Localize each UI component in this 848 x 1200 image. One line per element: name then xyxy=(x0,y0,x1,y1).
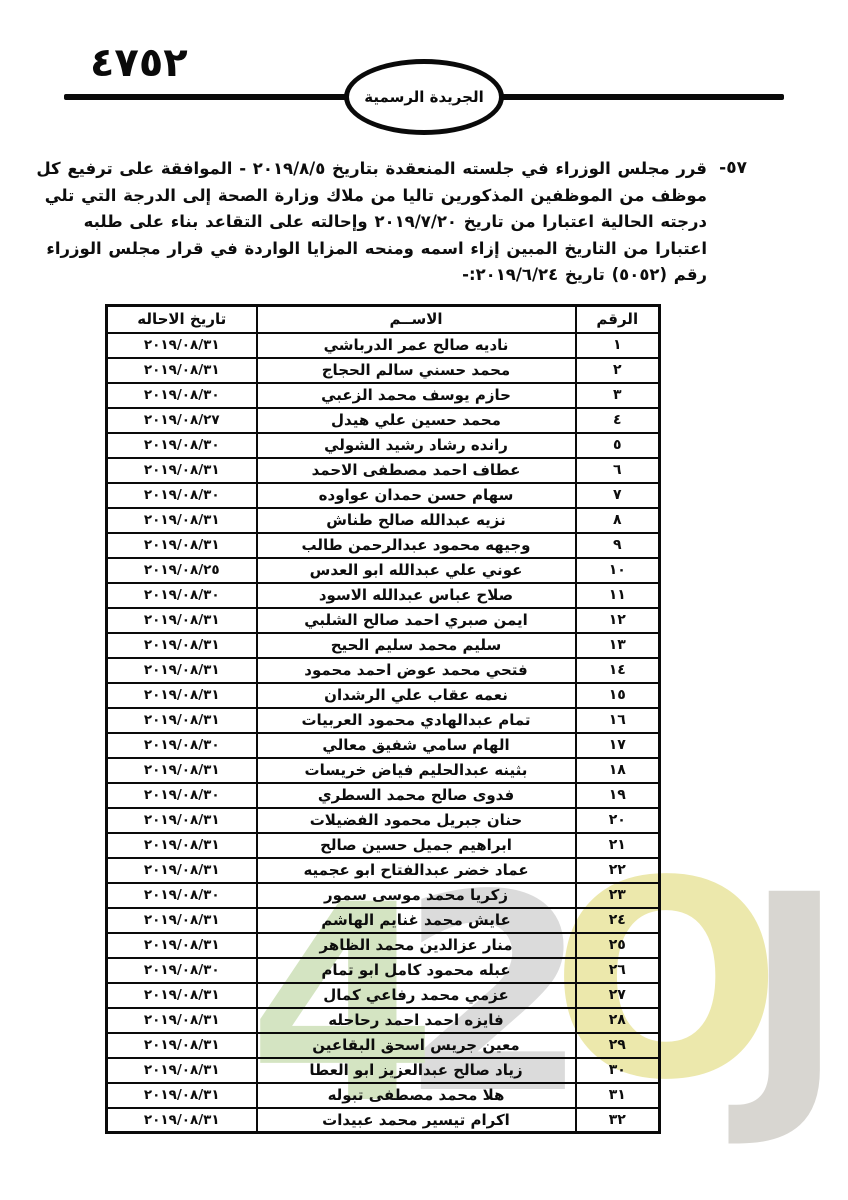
table-row: ١٣سليم محمد سليم الحيح٢٠١٩/٠٨/٣١ xyxy=(107,633,660,658)
cell-number: ٣٠ xyxy=(576,1058,660,1083)
cell-number: ٢٠ xyxy=(576,808,660,833)
header-cell-name: الاســم xyxy=(257,306,576,333)
table-row: ٢٣زكريا محمد موسى سمور٢٠١٩/٠٨/٣٠ xyxy=(107,883,660,908)
table-row: ٣٢اكرام تيسير محمد عبيدات٢٠١٩/٠٨/٣١ xyxy=(107,1108,660,1133)
cell-name: محمد حسني سالم الحجاج xyxy=(257,358,576,383)
table-row: ٦عطاف احمد مصطفى الاحمد٢٠١٩/٠٨/٣١ xyxy=(107,458,660,483)
cell-name: هلا محمد مصطفى تبوله xyxy=(257,1083,576,1108)
table-body: ١ناديه صالح عمر الدرباشي٢٠١٩/٠٨/٣١٢محمد … xyxy=(107,333,660,1133)
table-row: ١٠عوني علي عبدالله ابو العدس٢٠١٩/٠٨/٢٥ xyxy=(107,558,660,583)
cell-date: ٢٠١٩/٠٨/٣١ xyxy=(107,683,257,708)
cell-date: ٢٠١٩/٠٨/٣٠ xyxy=(107,483,257,508)
cell-name: سليم محمد سليم الحيح xyxy=(257,633,576,658)
cell-name: رانده رشاد رشيد الشولي xyxy=(257,433,576,458)
cell-date: ٢٠١٩/٠٨/٣١ xyxy=(107,1033,257,1058)
table-row: ٩وجيهه محمود عبدالرحمن طالب٢٠١٩/٠٨/٣١ xyxy=(107,533,660,558)
cell-date: ٢٠١٩/٠٨/٣١ xyxy=(107,1058,257,1083)
cell-number: ١٩ xyxy=(576,783,660,808)
table-row: ١٨بثينه عبدالحليم فياض خريسات٢٠١٩/٠٨/٣١ xyxy=(107,758,660,783)
cell-number: ١٨ xyxy=(576,758,660,783)
cell-number: ٣١ xyxy=(576,1083,660,1108)
cell-number: ١١ xyxy=(576,583,660,608)
cell-number: ٢٣ xyxy=(576,883,660,908)
table-row: ٨نزيه عبدالله صالح طناش٢٠١٩/٠٨/٣١ xyxy=(107,508,660,533)
cell-name: نعمه عقاب علي الرشدان xyxy=(257,683,576,708)
cell-date: ٢٠١٩/٠٨/٣٠ xyxy=(107,583,257,608)
table-row: ١ناديه صالح عمر الدرباشي٢٠١٩/٠٨/٣١ xyxy=(107,333,660,358)
table-row: ٢٩معين جريس اسحق البقاعين٢٠١٩/٠٨/٣١ xyxy=(107,1033,660,1058)
cell-name: حنان جبريل محمود الفضيلات xyxy=(257,808,576,833)
cell-name: عبله محمود كامل ابو تمام xyxy=(257,958,576,983)
cell-date: ٢٠١٩/٠٨/٢٧ xyxy=(107,408,257,433)
table-row: ٣٠زياد صالح عبدالعزيز ابو العطا٢٠١٩/٠٨/٣… xyxy=(107,1058,660,1083)
gazette-title: الجريدة الرسمية xyxy=(364,88,483,106)
cell-name: اكرام تيسير محمد عبيدات xyxy=(257,1108,576,1133)
cell-number: ١٥ xyxy=(576,683,660,708)
cell-name: محمد حسين علي هيدل xyxy=(257,408,576,433)
cell-name: سهام حسن حمدان عواوده xyxy=(257,483,576,508)
cell-name: زياد صالح عبدالعزيز ابو العطا xyxy=(257,1058,576,1083)
cell-number: ٢٤ xyxy=(576,908,660,933)
cell-name: منار عزالدين محمد الظاهر xyxy=(257,933,576,958)
cell-date: ٢٠١٩/٠٨/٣٠ xyxy=(107,883,257,908)
cell-number: ٢ xyxy=(576,358,660,383)
cell-date: ٢٠١٩/٠٨/٣٠ xyxy=(107,783,257,808)
cell-number: ١٧ xyxy=(576,733,660,758)
cell-date: ٢٠١٩/٠٨/٣٠ xyxy=(107,433,257,458)
cell-name: تمام عبدالهادي محمود العربيات xyxy=(257,708,576,733)
table-row: ١٦تمام عبدالهادي محمود العربيات٢٠١٩/٠٨/٣… xyxy=(107,708,660,733)
cell-name: عطاف احمد مصطفى الاحمد xyxy=(257,458,576,483)
cell-name: ايمن صبري احمد صالح الشلبي xyxy=(257,608,576,633)
cell-number: ٦ xyxy=(576,458,660,483)
table-row: ٢٢عماد خضر عبدالفتاح ابو عجميه٢٠١٩/٠٨/٣١ xyxy=(107,858,660,883)
cell-date: ٢٠١٩/٠٨/٣١ xyxy=(107,458,257,483)
table-row: ١٧الهام سامي شفيق معالي٢٠١٩/٠٨/٣٠ xyxy=(107,733,660,758)
cell-date: ٢٠١٩/٠٨/٢٥ xyxy=(107,558,257,583)
cell-date: ٢٠١٩/٠٨/٣١ xyxy=(107,608,257,633)
cell-number: ٣ xyxy=(576,383,660,408)
cell-date: ٢٠١٩/٠٨/٣١ xyxy=(107,908,257,933)
cell-name: فدوى صالح محمد السطري xyxy=(257,783,576,808)
decree-line: درجته الحالية اعتبارا من تاريخ ٢٠١٩/٧/٢٠… xyxy=(103,208,707,235)
cell-date: ٢٠١٩/٠٨/٣١ xyxy=(107,983,257,1008)
cell-number: ٨ xyxy=(576,508,660,533)
decree-line: رقم (٥٠٥٢) تاريخ ٢٠١٩/٦/٢٤:- xyxy=(103,261,707,288)
cell-number: ٤ xyxy=(576,408,660,433)
cell-number: ٢٢ xyxy=(576,858,660,883)
cell-date: ٢٠١٩/٠٨/٣٠ xyxy=(107,958,257,983)
cell-number: ٢٧ xyxy=(576,983,660,1008)
header-cell-number: الرقم xyxy=(576,306,660,333)
cell-date: ٢٠١٩/٠٨/٣١ xyxy=(107,1083,257,1108)
cell-date: ٢٠١٩/٠٨/٣١ xyxy=(107,633,257,658)
retirement-roster-table: الرقم الاســم تاريخ الاحاله ١ناديه صالح … xyxy=(105,304,661,1134)
decree-line: اعتبارا من التاريخ المبين إزاء اسمه ومنح… xyxy=(103,235,707,262)
cell-name: فايزه احمد احمد رحاحله xyxy=(257,1008,576,1033)
cell-number: ٩ xyxy=(576,533,660,558)
table-row: ١٥نعمه عقاب علي الرشدان٢٠١٩/٠٨/٣١ xyxy=(107,683,660,708)
cell-date: ٢٠١٩/٠٨/٣١ xyxy=(107,833,257,858)
table-row: ٢٤عايش محمد غنايم الهاشم٢٠١٩/٠٨/٣١ xyxy=(107,908,660,933)
cell-number: ٢١ xyxy=(576,833,660,858)
cell-number: ١٢ xyxy=(576,608,660,633)
cell-name: حازم يوسف محمد الزعبي xyxy=(257,383,576,408)
gazette-title-badge: الجريدة الرسمية xyxy=(344,59,504,135)
table-row: ٢١ابراهيم جميل حسين صالح٢٠١٩/٠٨/٣١ xyxy=(107,833,660,858)
cell-name: صلاح عباس عبدالله الاسود xyxy=(257,583,576,608)
table-row: ٤محمد حسين علي هيدل٢٠١٩/٠٨/٢٧ xyxy=(107,408,660,433)
table-row: ٢٧عزمي محمد رفاعي كمال٢٠١٩/٠٨/٣١ xyxy=(107,983,660,1008)
cell-date: ٢٠١٩/٠٨/٣١ xyxy=(107,708,257,733)
table-row: ١٩فدوى صالح محمد السطري٢٠١٩/٠٨/٣٠ xyxy=(107,783,660,808)
table-row: ٣حازم يوسف محمد الزعبي٢٠١٩/٠٨/٣٠ xyxy=(107,383,660,408)
gazette-page: ٤٧٥٢ الجريدة الرسمية JO24 ٥٧- قرر مجلس ا… xyxy=(0,0,848,1200)
cell-number: ١٠ xyxy=(576,558,660,583)
table-row: ٣١هلا محمد مصطفى تبوله٢٠١٩/٠٨/٣١ xyxy=(107,1083,660,1108)
cell-number: ٥ xyxy=(576,433,660,458)
table-row: ٢٨فايزه احمد احمد رحاحله٢٠١٩/٠٨/٣١ xyxy=(107,1008,660,1033)
table-row: ٢٥منار عزالدين محمد الظاهر٢٠١٩/٠٨/٣١ xyxy=(107,933,660,958)
watermark-letter: J xyxy=(744,860,807,1132)
cell-number: ٢٨ xyxy=(576,1008,660,1033)
cell-date: ٢٠١٩/٠٨/٣١ xyxy=(107,858,257,883)
cell-date: ٢٠١٩/٠٨/٣١ xyxy=(107,1108,257,1133)
page-number: ٤٧٥٢ xyxy=(90,40,188,86)
cell-name: الهام سامي شفيق معالي xyxy=(257,733,576,758)
cell-name: نزيه عبدالله صالح طناش xyxy=(257,508,576,533)
cell-name: عماد خضر عبدالفتاح ابو عجميه xyxy=(257,858,576,883)
cell-name: بثينه عبدالحليم فياض خريسات xyxy=(257,758,576,783)
decree-line: قرر مجلس الوزراء في جلسته المنعقدة بتاري… xyxy=(103,155,707,182)
cell-number: ١٦ xyxy=(576,708,660,733)
cell-name: وجيهه محمود عبدالرحمن طالب xyxy=(257,533,576,558)
cell-number: ٢٩ xyxy=(576,1033,660,1058)
table-row: ١٤فتحي محمد عوض احمد محمود٢٠١٩/٠٨/٣١ xyxy=(107,658,660,683)
cell-date: ٢٠١٩/٠٨/٣١ xyxy=(107,933,257,958)
decree-paragraph: ٥٧- قرر مجلس الوزراء في جلسته المنعقدة ب… xyxy=(103,155,747,288)
cell-name: ناديه صالح عمر الدرباشي xyxy=(257,333,576,358)
decree-item-number: ٥٧- xyxy=(719,155,747,181)
cell-number: ١٣ xyxy=(576,633,660,658)
table-row: ١٢ايمن صبري احمد صالح الشلبي٢٠١٩/٠٨/٣١ xyxy=(107,608,660,633)
cell-date: ٢٠١٩/٠٨/٣٠ xyxy=(107,733,257,758)
table-row: ٢٦عبله محمود كامل ابو تمام٢٠١٩/٠٨/٣٠ xyxy=(107,958,660,983)
cell-date: ٢٠١٩/٠٨/٣١ xyxy=(107,533,257,558)
cell-number: ٣٢ xyxy=(576,1108,660,1133)
cell-name: عايش محمد غنايم الهاشم xyxy=(257,908,576,933)
header-cell-date: تاريخ الاحاله xyxy=(107,306,257,333)
cell-name: معين جريس اسحق البقاعين xyxy=(257,1033,576,1058)
cell-name: عوني علي عبدالله ابو العدس xyxy=(257,558,576,583)
cell-date: ٢٠١٩/٠٨/٣٠ xyxy=(107,383,257,408)
cell-date: ٢٠١٩/٠٨/٣١ xyxy=(107,333,257,358)
cell-date: ٢٠١٩/٠٨/٣١ xyxy=(107,808,257,833)
cell-date: ٢٠١٩/٠٨/٣١ xyxy=(107,358,257,383)
cell-date: ٢٠١٩/٠٨/٣١ xyxy=(107,658,257,683)
cell-number: ٢٥ xyxy=(576,933,660,958)
cell-name: ابراهيم جميل حسين صالح xyxy=(257,833,576,858)
table-row: ٥رانده رشاد رشيد الشولي٢٠١٩/٠٨/٣٠ xyxy=(107,433,660,458)
table-header-row: الرقم الاســم تاريخ الاحاله xyxy=(107,306,660,333)
table-row: ٢٠حنان جبريل محمود الفضيلات٢٠١٩/٠٨/٣١ xyxy=(107,808,660,833)
cell-name: زكريا محمد موسى سمور xyxy=(257,883,576,908)
table-row: ٢محمد حسني سالم الحجاج٢٠١٩/٠٨/٣١ xyxy=(107,358,660,383)
cell-number: ٧ xyxy=(576,483,660,508)
cell-name: عزمي محمد رفاعي كمال xyxy=(257,983,576,1008)
cell-date: ٢٠١٩/٠٨/٣١ xyxy=(107,758,257,783)
decree-line: موظف من الموظفين المذكورين تاليا من ملاك… xyxy=(103,182,707,209)
cell-name: فتحي محمد عوض احمد محمود xyxy=(257,658,576,683)
cell-number: ٢٦ xyxy=(576,958,660,983)
cell-date: ٢٠١٩/٠٨/٣١ xyxy=(107,508,257,533)
decree-text: قرر مجلس الوزراء في جلسته المنعقدة بتاري… xyxy=(103,155,707,288)
table-row: ٧سهام حسن حمدان عواوده٢٠١٩/٠٨/٣٠ xyxy=(107,483,660,508)
cell-number: ١ xyxy=(576,333,660,358)
cell-date: ٢٠١٩/٠٨/٣١ xyxy=(107,1008,257,1033)
table-row: ١١صلاح عباس عبدالله الاسود٢٠١٩/٠٨/٣٠ xyxy=(107,583,660,608)
cell-number: ١٤ xyxy=(576,658,660,683)
